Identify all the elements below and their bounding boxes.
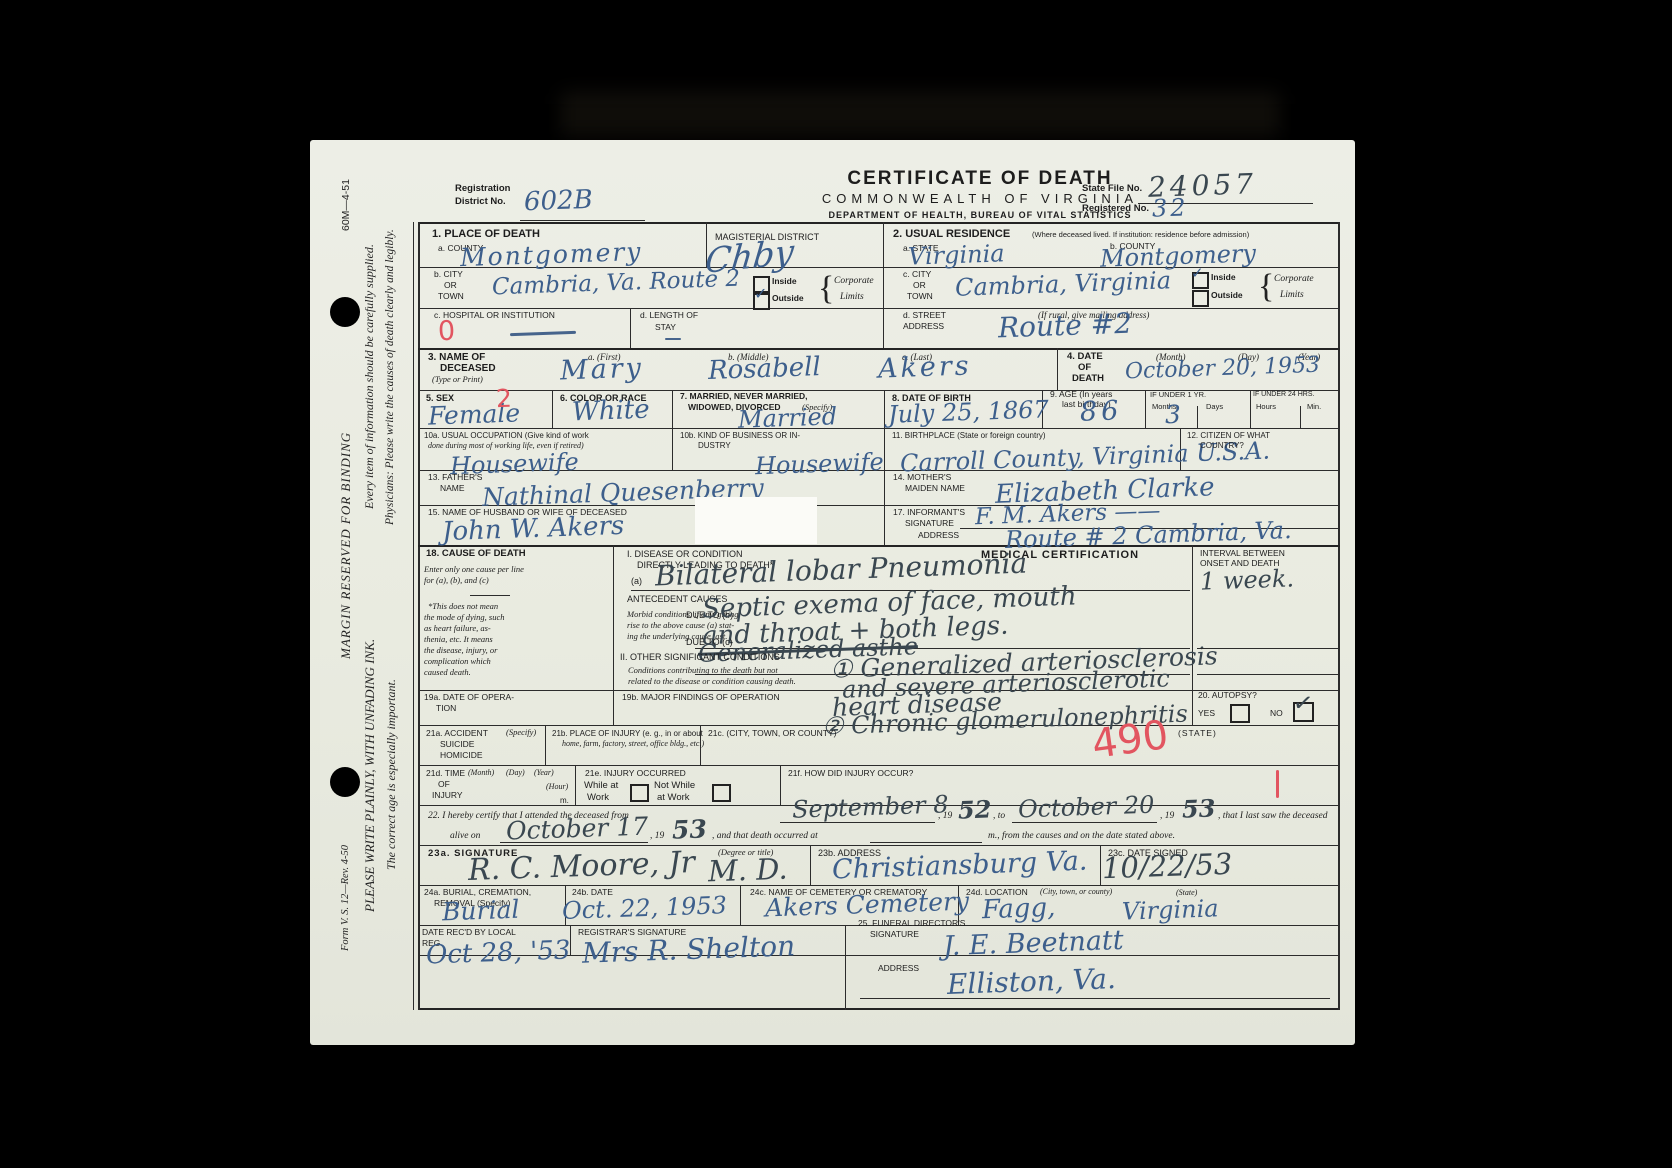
s22-print8: , and that death occurred at xyxy=(712,831,818,842)
s2-street-value: Route #2 xyxy=(998,310,1133,343)
s21e-label: 21e. INJURY OCCURRED xyxy=(585,769,686,779)
s3-title1: 3. NAME OF xyxy=(428,352,485,364)
s1-corporate-brace: { xyxy=(818,270,834,308)
s9-under1yr-label: IF UNDER 1 YR. xyxy=(1150,391,1206,400)
s21d-hour: (Hour) xyxy=(546,782,568,791)
s23a-signature: R. C. Moore, Jr xyxy=(468,848,696,886)
s9-under24-label: IF UNDER 24 HRS. xyxy=(1253,391,1314,399)
s1-city-label2: OR xyxy=(444,281,457,291)
s17-address-label: ADDRESS xyxy=(918,531,959,541)
s14-label2: MAIDEN NAME xyxy=(905,484,965,494)
margin-physicians-note: Physicians: Please write the causes of d… xyxy=(384,162,396,592)
s21e-while-checkbox xyxy=(630,784,649,802)
s21c-label: 21c. (CITY, TOWN, OR COUNTY) xyxy=(708,729,836,739)
s20-no-checkmark: ✓ xyxy=(1291,690,1314,717)
s21d-label2: OF xyxy=(438,780,450,790)
s21e-whileat1: While at xyxy=(584,781,618,792)
s2-inside-label: Inside xyxy=(1211,273,1236,283)
s1-length-dash xyxy=(665,338,681,340)
s21b-label1: 21b. PLACE OF INJURY (e. g., in or about xyxy=(552,729,703,738)
s9-min-label: Min. xyxy=(1307,403,1321,412)
s22-print4: , 19 xyxy=(1160,811,1174,822)
s4-title3: DEATH xyxy=(1072,374,1104,385)
s1-title: 1. PLACE OF DEATH xyxy=(432,228,540,241)
s21e-notwhile1: Not While xyxy=(654,781,695,792)
margin-form-number: Form V. S. 12—Rev. 4-50 xyxy=(340,835,351,960)
s22-print3: , to xyxy=(993,811,1005,822)
s20-yes-checkbox xyxy=(1230,704,1250,723)
s21a-label2: SUICIDE xyxy=(440,740,474,750)
s2-outside-label: Outside xyxy=(1211,291,1243,301)
s9-hours-label: Hours xyxy=(1256,403,1276,412)
s21d-label3: INJURY xyxy=(432,791,463,801)
s18-a-label: (a) xyxy=(631,576,642,586)
s21e-notwhile-checkbox xyxy=(712,784,731,802)
s1-city-label3: TOWN xyxy=(438,292,464,302)
margin-supplied-note: Every item of information should be care… xyxy=(362,162,377,592)
s13-label1: 13. FATHER'S xyxy=(428,473,482,483)
s24a-value: Burial xyxy=(442,897,520,925)
s12-label2: COUNTRY? xyxy=(1200,441,1244,450)
s2-corporate-label: Corporate xyxy=(1274,274,1314,285)
s18-other-note1: Conditions contributing to the death but… xyxy=(628,666,778,676)
s17-label2: SIGNATURE xyxy=(905,519,954,529)
s23c-value: 10/22/53 xyxy=(1102,850,1233,884)
s4-value: October 20, 1953 xyxy=(1125,355,1321,384)
registered-no-value: 32 xyxy=(1152,195,1189,220)
s25-recd-value: Oct 28, '53 xyxy=(426,937,571,968)
s22-alive-date: October 17 xyxy=(506,814,649,844)
s25-registrar-value: Mrs R. Shelton xyxy=(582,932,796,967)
s6-value: White xyxy=(572,397,650,426)
s15-value: John W. Akers xyxy=(442,513,625,545)
s3-title2: DECEASED xyxy=(440,363,496,375)
s2-limits-label: Limits xyxy=(1280,290,1304,301)
s2-state-value: Virginia xyxy=(908,241,1005,268)
s21f-red-stroke xyxy=(1276,770,1279,798)
s18-star2: the mode of dying, such xyxy=(424,613,505,623)
s20-label: 20. AUTOPSY? xyxy=(1198,691,1257,701)
s1-county-value: Montgomery xyxy=(460,239,643,270)
s25-fd-label1: 25. FUNERAL DIRECTOR'S xyxy=(858,919,965,929)
s22-alive-year: 53 xyxy=(672,816,708,842)
margin-print-code: 60M—4-51 xyxy=(340,168,352,243)
s1-city-label1: b. CITY xyxy=(434,270,463,280)
district-no-label: District No. xyxy=(455,197,506,208)
state-file-label: State File No. xyxy=(1082,184,1142,195)
s13-label2: NAME xyxy=(440,484,465,494)
registered-no-label: Registered No. xyxy=(1082,204,1149,215)
scan-ghost-strip xyxy=(560,92,1280,142)
s2-city-label1: c. CITY xyxy=(903,270,931,280)
s18-star7: caused death. xyxy=(424,668,471,678)
s21a-specify: (Specify) xyxy=(506,728,536,738)
s23b-value: Christiansburg Va. xyxy=(832,848,1088,884)
s20-yes-label: YES xyxy=(1198,709,1215,719)
s21d-day: (Day) xyxy=(506,768,525,777)
scanned-death-certificate: 60M—4-51 MARGIN RESERVED FOR BINDING For… xyxy=(0,0,1672,1168)
s18-star4: thenia, etc. It means xyxy=(424,635,493,645)
s1-city-value: Cambria, Va. Route 2 xyxy=(492,268,741,300)
s3-middle-value: Rosabell xyxy=(708,354,822,384)
s21b-label2: home, farm, factory, street, office bldg… xyxy=(562,739,704,748)
s22-print9: m., from the causes and on the date stat… xyxy=(988,831,1175,842)
s20-no-label: NO xyxy=(1270,709,1283,719)
s21c-red-code: 490 xyxy=(1090,715,1171,765)
s1-hospital-dash xyxy=(510,331,576,336)
erased-patch xyxy=(695,497,817,544)
s2-corporate-brace: { xyxy=(1258,268,1274,306)
s1-length-label1: d. LENGTH OF xyxy=(640,311,698,321)
s22-print2: , 19 xyxy=(938,811,952,822)
s1-corporate-label: Corporate xyxy=(834,276,874,287)
s3-first-value: Mary xyxy=(560,355,645,385)
s25-fd-label2: SIGNATURE xyxy=(870,930,919,940)
s18-note1: Enter only one cause per line xyxy=(424,565,524,575)
s3-last-value: Akers xyxy=(878,352,972,382)
s1-inside-label: Inside xyxy=(772,277,797,287)
s18-title: 18. CAUSE OF DEATH xyxy=(426,549,526,560)
s25-recd-label1: DATE REC'D BY LOCAL xyxy=(422,928,516,938)
s10a-label1: 10a. USUAL OCCUPATION (Give kind of work xyxy=(424,431,589,440)
s2-city-label2: OR xyxy=(913,281,926,291)
s2-street-label2: ADDRESS xyxy=(903,322,944,332)
s3-title3: (Type or Print) xyxy=(432,375,483,385)
s21e-whileat2: Work xyxy=(587,793,609,804)
s25-address-value: Elliston, Va. xyxy=(947,965,1117,999)
s2-city-label3: TOWN xyxy=(907,292,933,302)
s19a-label1: 19a. DATE OF OPERA- xyxy=(424,693,514,703)
s19a-label2: TION xyxy=(436,704,456,714)
s8-value: July 25, 1867 xyxy=(888,397,1050,427)
s10b-label2: DUSTRY xyxy=(698,441,731,450)
s24d-value-state: Virginia xyxy=(1122,896,1219,923)
s21d-label1: 21d. TIME xyxy=(426,769,465,779)
s1-outside-label: Outside xyxy=(772,294,804,304)
s21d-month: (Month) xyxy=(468,768,494,777)
s18-star6: complication which xyxy=(424,657,491,667)
s18-note2: for (a), (b), and (c) xyxy=(424,576,489,586)
s18-star1: *This does not mean xyxy=(428,602,498,612)
s17-label1: 17. INFORMANT'S xyxy=(893,508,965,518)
s18-star3: as heart failure, as- xyxy=(424,624,491,634)
s1-outside-checkmark: ✓ xyxy=(754,286,767,302)
margin-age-note: The correct age is especially important. xyxy=(384,595,399,955)
s21c-state-label: (STATE) xyxy=(1178,729,1217,739)
s21d-m: m. xyxy=(560,796,569,805)
punch-hole xyxy=(330,297,360,327)
s2-outside-checkbox xyxy=(1192,290,1209,307)
s5-red-mark: 2 xyxy=(496,386,513,412)
s21e-notwhile2: at Work xyxy=(657,793,690,804)
certificate-paper: 60M—4-51 MARGIN RESERVED FOR BINDING For… xyxy=(310,140,1355,1045)
s18-star5: the disease, injury, or xyxy=(424,646,497,656)
s21f-label: 21f. HOW DID INJURY OCCUR? xyxy=(788,769,913,779)
s18-interval-value: 1 week. xyxy=(1200,566,1295,593)
s25-fd-value: J. E. Beetnatt xyxy=(943,927,1124,960)
s2-subtitle: (Where deceased lived. If institution: r… xyxy=(1032,231,1249,240)
s10b-label1: 10b. KIND OF BUSINESS OR IN- xyxy=(680,431,800,440)
s2-inside-checkmark: ✓ xyxy=(1191,266,1204,281)
s7-label1: 7. MARRIED, NEVER MARRIED, xyxy=(680,392,808,402)
s21d-year: (Year) xyxy=(534,768,554,777)
s22-print5: , that I last saw the deceased xyxy=(1218,811,1328,822)
s18-other-title: II. OTHER SIGNIFICANT CONDITIONS xyxy=(620,652,780,662)
s2-street-label1: d. STREET xyxy=(903,311,946,321)
s1-hospital-red-zero: 0 xyxy=(438,318,456,346)
s14-label1: 14. MOTHER'S xyxy=(893,473,951,483)
s22-print7: , 19 xyxy=(650,831,664,842)
s22-to-year: 53 xyxy=(1182,796,1216,821)
punch-hole xyxy=(330,767,360,797)
s25-address-label: ADDRESS xyxy=(878,964,919,974)
s21a-label3: HOMICIDE xyxy=(440,751,483,761)
margin-binding-note: MARGIN RESERVED FOR BINDING xyxy=(338,420,354,670)
district-no-value: 602B xyxy=(524,187,594,215)
s2-county-value: Montgomery xyxy=(1100,241,1257,270)
s22-to-date: October 20 xyxy=(1018,793,1155,822)
s19b-label: 19b. MAJOR FINDINGS OF OPERATION xyxy=(622,693,780,703)
s21a-label1: 21a. ACCIDENT xyxy=(426,729,488,739)
s23a-degree-value: M. D. xyxy=(708,855,789,887)
s9-days-label: Days xyxy=(1206,403,1223,412)
s24c-value: Akers Cemetery xyxy=(765,888,970,920)
s10b-value: Housewife xyxy=(755,450,884,478)
s22-print6: alive on xyxy=(450,831,480,842)
margin-plainly-note: PLEASE WRITE PLAINLY, WITH UNFADING INK. xyxy=(362,595,378,955)
s2-city-value: Cambria, Virginia xyxy=(955,268,1172,300)
s1-limits-label: Limits xyxy=(840,292,864,303)
s12-label1: 12. CITIZEN OF WHAT xyxy=(1187,431,1270,440)
s24b-value: Oct. 22, 1953 xyxy=(562,893,728,923)
s22-from-year: 52 xyxy=(958,797,992,822)
s18-other-note2: related to the disease or condition caus… xyxy=(628,677,796,687)
s22-from-date: September 8 xyxy=(792,792,949,821)
registration-label: Registration xyxy=(455,184,510,195)
s1-length-label2: STAY xyxy=(655,323,676,333)
s11-label: 11. BIRTHPLACE (State or foreign country… xyxy=(892,431,1046,440)
s7-value: Married xyxy=(738,404,838,431)
s9-value: 86 xyxy=(1080,397,1123,425)
s24d-value-city: Fagg, xyxy=(982,895,1056,924)
s9-months-value: 3 xyxy=(1165,402,1182,428)
